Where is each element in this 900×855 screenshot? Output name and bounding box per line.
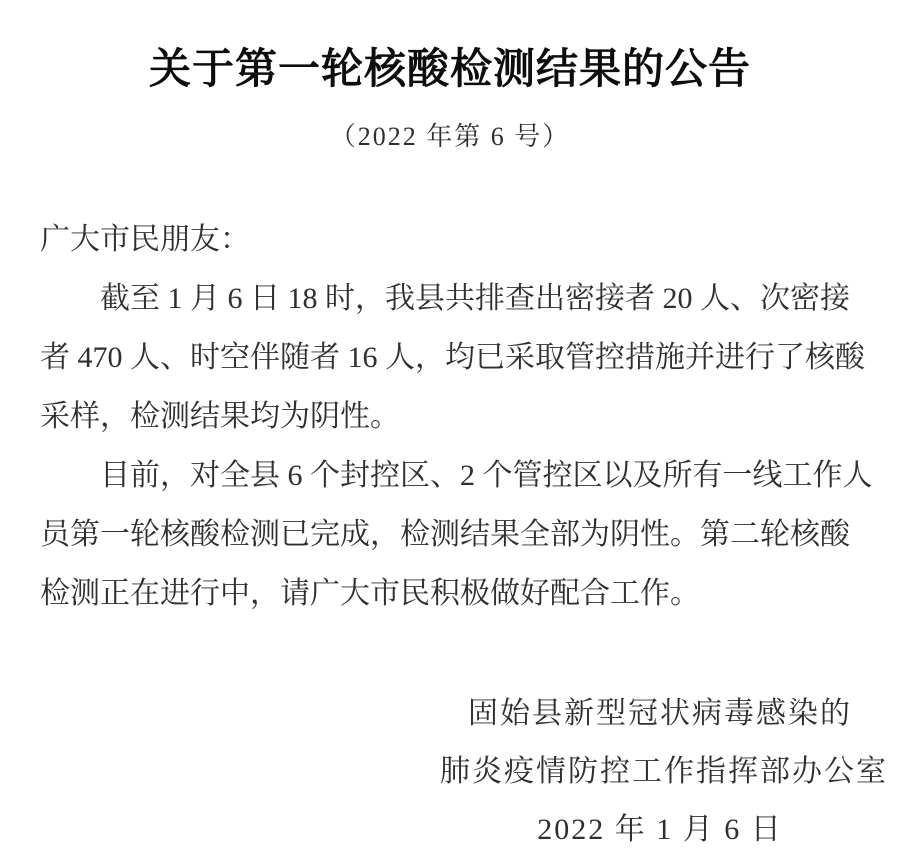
salutation: 广大市民朋友： <box>40 210 880 269</box>
body-line: 者 470 人、时空伴随者 16 人，均已采取管控措施并进行了核酸 <box>40 328 880 387</box>
document-body: 广大市民朋友： 截至 1 月 6 日 18 时，我县共排查出密接者 20 人、次… <box>40 210 880 623</box>
signature-date: 2022 年 1 月 6 日 <box>440 801 880 855</box>
announcement-page: 关于第一轮核酸检测结果的公告 （2022 年第 6 号） 广大市民朋友： 截至 … <box>0 0 900 855</box>
body-line: 检测正在进行中，请广大市民积极做好配合工作。 <box>40 564 880 623</box>
body-line: 截至 1 月 6 日 18 时，我县共排查出密接者 20 人、次密接 <box>40 269 880 328</box>
document-header: 关于第一轮核酸检测结果的公告 （2022 年第 6 号） <box>0 0 900 158</box>
signature-org-line-2: 肺炎疫情防控工作指挥部办公室 <box>440 743 880 801</box>
signature-block: 固始县新型冠状病毒感染的 肺炎疫情防控工作指挥部办公室 2022 年 1 月 6… <box>440 685 880 855</box>
body-line: 员第一轮核酸检测已完成，检测结果全部为阴性。第二轮核酸 <box>40 505 880 564</box>
page-title: 关于第一轮核酸检测结果的公告 <box>0 38 900 102</box>
body-line: 目前，对全县 6 个封控区、2 个管控区以及所有一线工作人 <box>40 446 880 505</box>
signature-org-line-1: 固始县新型冠状病毒感染的 <box>440 685 880 743</box>
body-line: 采样，检测结果均为阴性。 <box>40 387 880 446</box>
document-number: （2022 年第 6 号） <box>0 116 900 158</box>
